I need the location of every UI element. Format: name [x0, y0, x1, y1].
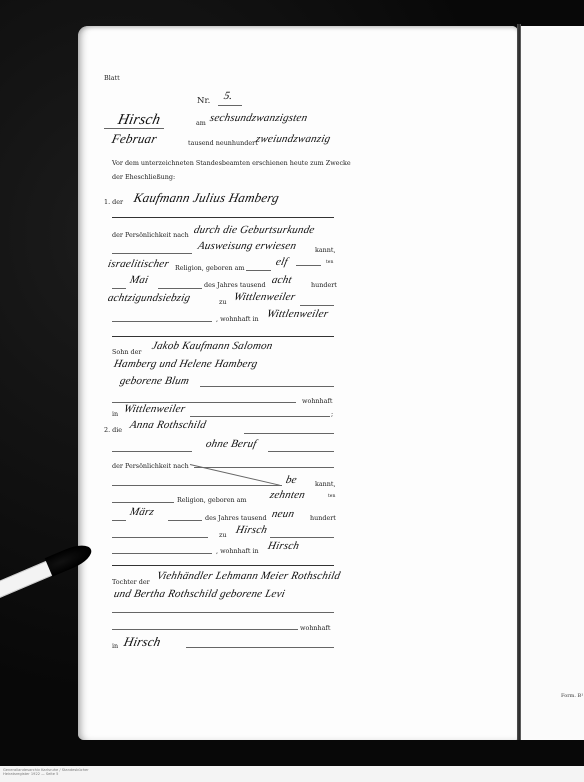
groom-birth-century: acht [271, 274, 293, 286]
groom-birth-month: Mai [129, 274, 150, 286]
groom-name: Kaufmann Julius Hamberg [132, 190, 280, 206]
groom-birth-year: achtzigundsiebzig [107, 292, 192, 304]
groom-year-label: des Jahres tausend [204, 281, 266, 289]
bride-birthplace-label: zu [219, 531, 226, 539]
bride-birth-day-suffix: ten [328, 494, 335, 499]
bride-birth-century: neun [271, 508, 296, 520]
groom-identity-label: der Persönlichkeit nach [112, 231, 189, 239]
groom-hundred-label: hundert [311, 281, 337, 289]
rule [168, 520, 202, 521]
rule [158, 288, 202, 289]
rule [112, 288, 126, 289]
rule [112, 553, 212, 554]
intro-text-2: der Eheschließung: [112, 173, 175, 181]
day-handwritten: sechsundzwanzigsten [209, 112, 309, 124]
scan-caption-line-2: Heiratsregister 1922 — Seite 5 [3, 772, 89, 776]
groom-identity-suffix: kannt, [315, 246, 336, 254]
page-label: Blatt [104, 74, 120, 82]
bride-birthplace: Hirsch [235, 524, 269, 536]
rule [270, 537, 334, 538]
rule [300, 305, 334, 306]
groom-religion: israelitischer [107, 258, 170, 270]
groom-residence: Wittlenweiler [266, 308, 330, 320]
rule [112, 612, 334, 613]
groom-parents-residence: Wittlenweiler [123, 403, 187, 415]
rule [112, 217, 334, 218]
rule [112, 502, 174, 503]
bride-religion-label: Religion, geboren am [177, 496, 247, 504]
bride-identity-label: der Persönlichkeit nach [112, 462, 189, 470]
date-prefix: am [196, 119, 206, 127]
bride-occupation: ohne Beruf [205, 438, 258, 450]
groom-parents-1: Jakob Kaufmann Salomon [151, 340, 274, 352]
groom-parents-2: Hamberg und Helene Hamberg [113, 358, 259, 370]
bride-parents-residence-label: wohnhaft [300, 624, 330, 632]
rule [194, 467, 334, 468]
groom-religion-label: Religion, geboren am [175, 264, 245, 272]
groom-residence-label: , wohnhaft in [216, 315, 259, 323]
rule [268, 451, 334, 452]
adjacent-page [521, 26, 584, 740]
bride-parents-label: Tochter der [112, 578, 150, 586]
month-handwritten: Februar [110, 131, 158, 147]
rule [112, 253, 192, 254]
groom-birth-day-suffix: ten [326, 260, 333, 265]
place-handwritten: Hirsch [116, 112, 162, 129]
rule [246, 270, 271, 271]
number-label: Nr. [197, 96, 210, 106]
groom-parents-3: geborene Blum [119, 375, 191, 387]
rule [200, 386, 334, 387]
groom-parents-residence-label: wohnhaft [302, 397, 332, 405]
year-handwritten: zweiundzwanzig [255, 133, 332, 145]
groom-parents-label: Sohn der [112, 348, 141, 356]
groom-parents-residence-end: ; [331, 410, 333, 418]
bride-parents-2: und Bertha Rothschild geborene Levi [113, 588, 287, 600]
groom-identity-1: durch die Geburtsurkunde [193, 224, 316, 236]
rule [112, 451, 192, 452]
groom-identity-2: Ausweisung erwiesen [197, 240, 298, 252]
groom-birth-day: elf [275, 256, 289, 268]
bride-index: 2. die [104, 426, 122, 434]
intro-text: Vor dem unterzeichneten Standesbeamten e… [112, 159, 351, 167]
rule [112, 321, 212, 322]
rule [112, 629, 298, 630]
rule [218, 105, 242, 106]
bride-parents-1: Viehhändler Lehmann Meier Rothschild [156, 570, 342, 582]
rule [104, 128, 164, 129]
rule [190, 416, 330, 417]
rule [112, 520, 126, 521]
rule [296, 265, 321, 266]
bride-parents-residence-prefix: in [112, 642, 118, 650]
bride-year-label: des Jahres tausend [205, 514, 267, 522]
rule [112, 336, 334, 337]
rule [112, 485, 282, 486]
rule [112, 565, 334, 566]
groom-index: 1. der [104, 198, 123, 206]
groom-birthplace: Wittlenweiler [233, 291, 297, 303]
bride-residence-label: , wohnhaft in [216, 547, 259, 555]
groom-parents-residence-prefix: in [112, 410, 118, 418]
groom-birthplace-label: zu [219, 298, 226, 306]
rule [112, 537, 208, 538]
bride-identity-suffix: kannt, [315, 480, 336, 488]
rule [244, 433, 334, 434]
rule [186, 647, 334, 648]
bride-name: Anna Rothschild [129, 419, 208, 431]
bride-birth-month: März [129, 506, 156, 518]
scan-caption: Generallandesarchiv Karlsruhe / Standesb… [3, 768, 89, 777]
year-printed: tausend neunhundert [188, 139, 258, 147]
bride-parents-residence: Hirsch [122, 634, 162, 650]
bride-birth-day: zehnten [269, 489, 307, 501]
bride-hundred-label: hundert [310, 514, 336, 522]
adjacent-page-form-label: Form. B¹ [561, 693, 583, 699]
bride-residence: Hirsch [267, 540, 301, 552]
